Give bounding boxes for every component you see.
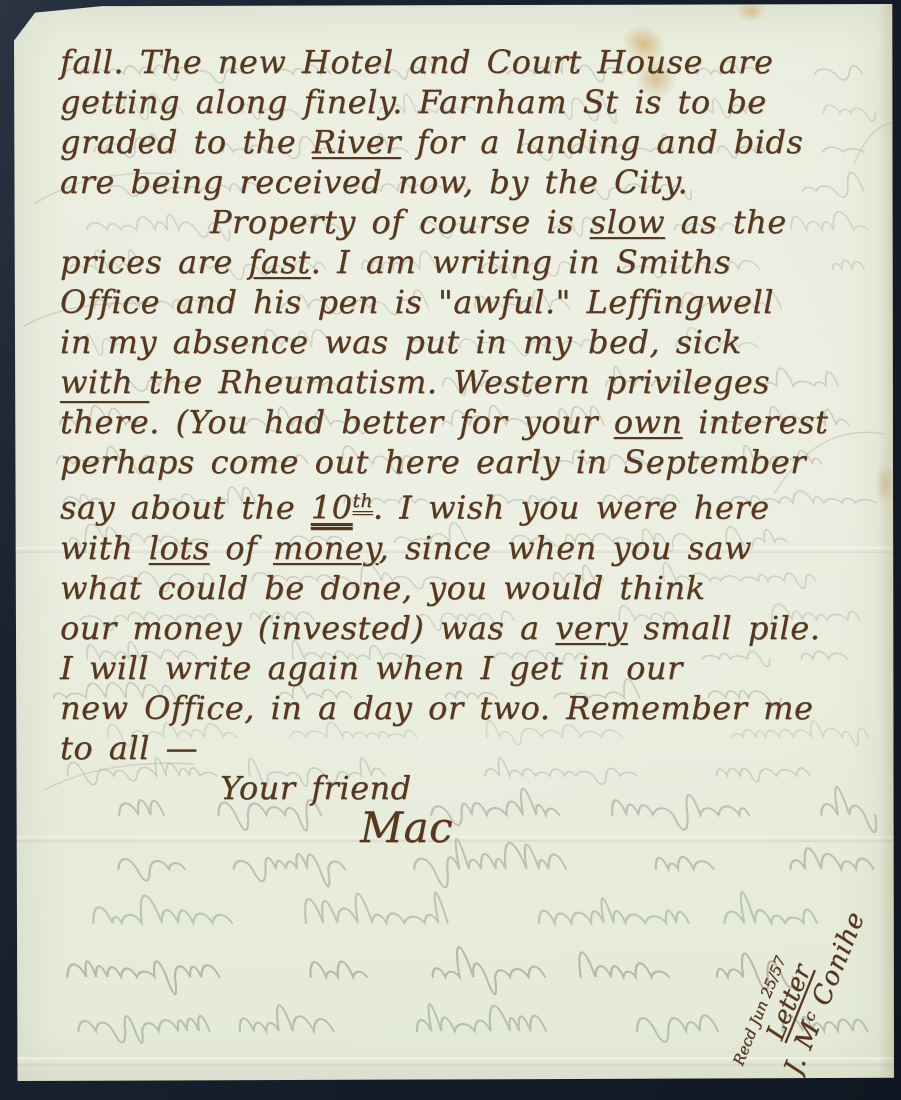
docket-author-name: J. Mᶜ Conihe — [778, 853, 893, 1079]
ink-stain — [730, 4, 772, 26]
letter-line: I will write again when I get in our — [60, 648, 860, 688]
ink-stain — [870, 452, 894, 516]
scan-background: { "colors":{ "background":"#1a2330", "pa… — [0, 0, 901, 1100]
letter-line: there. (You had better for your own inte… — [60, 402, 860, 442]
letter-line: with lots of money, since when you saw — [60, 528, 860, 568]
letter-line: in my absence was put in my bed, sick — [60, 322, 860, 362]
letter-line: getting along finely. Farnham St is to b… — [60, 82, 860, 122]
letter-body: fall. The new Hotel and Court House areg… — [60, 42, 860, 848]
letter-line: say about the 10th. I wish you were here — [60, 482, 860, 528]
letter-line: Your friend — [60, 768, 860, 808]
letter-page: fall. The new Hotel and Court House areg… — [14, 4, 894, 1081]
letter-line: are being received now, by the City. — [60, 162, 860, 202]
letter-line: Office and his pen is "awful." Leffingwe… — [60, 282, 860, 322]
letter-line: our money (invested) was a very small pi… — [60, 608, 860, 648]
letter-line: new Office, in a day or two. Remember me — [60, 688, 860, 728]
letter-line: graded to the River for a landing and bi… — [60, 122, 860, 162]
letter-line: perhaps come out here early in September — [60, 442, 860, 482]
docket-received-date: Recd Jun 25/57 — [729, 835, 837, 1068]
letter-line: prices are fast. I am writing in Smiths — [60, 242, 860, 282]
docket-letter-label: Letter — [760, 842, 865, 1044]
letter-line: with the Rheumatism. Western privileges — [60, 362, 860, 402]
letter-line: fall. The new Hotel and Court House are — [60, 42, 860, 82]
letter-line: to all — — [60, 728, 860, 768]
letter-line: Mac — [60, 808, 860, 848]
letter-line: what could be done, you would think — [60, 568, 860, 608]
docket-annotation: Recd Jun 25/57 Letter J. Mᶜ Conihe — [731, 835, 893, 1081]
letter-line: Property of course is slow as the — [60, 202, 860, 242]
paper-edge-tint — [878, 4, 894, 1081]
fold-crease — [14, 1057, 894, 1066]
